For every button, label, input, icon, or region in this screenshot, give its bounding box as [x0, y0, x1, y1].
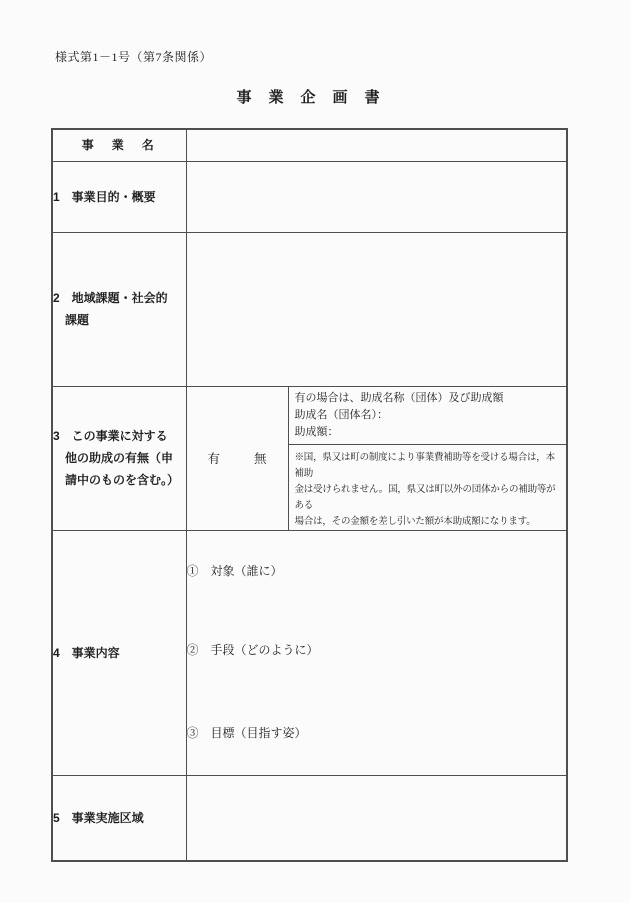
details-value-cell[interactable]: ① 対象（誰に） ② 手段（どのように） ③ 目標（目指す姿） [186, 530, 567, 775]
row-project-name: 事 業 名 [52, 129, 567, 161]
grant-option-no[interactable]: 無 [254, 452, 267, 466]
business-plan-table: 事 業 名 1 事業目的・概要 2 地域課題・社会的 課題 3 この事業に対する… [51, 128, 568, 862]
grant-name-field[interactable]: 助成名（団体名）： [295, 407, 561, 424]
row-other-grants: 3 この事業に対する 他の助成の有無（申 請中のものを含む。） 有無 有の場合は… [52, 386, 567, 530]
implementation-area-value-cell[interactable] [186, 775, 567, 861]
grant-amount-field[interactable]: 助成額： [295, 424, 561, 441]
purpose-value-cell[interactable] [186, 161, 567, 232]
row-details: 4 事業内容 ① 対象（誰に） ② 手段（どのように） ③ 目標（目指す姿） [52, 530, 567, 775]
grant-note-line: ※国，県又は町の制度により事業費補助等を受ける場合は，本補助 [295, 450, 561, 482]
grant-detail-fill-area: 有の場合は、助成名称（団体）及び助成額 助成名（団体名）： 助成額： [289, 387, 567, 445]
grant-option-yes[interactable]: 有 [207, 452, 220, 466]
grant-note-line: 場合は，その金額を差し引いた額が本助成額になります。 [295, 514, 561, 530]
grant-detail-cell: 有の場合は、助成名称（団体）及び助成額 助成名（団体名）： 助成額： ※国，県又… [288, 386, 567, 530]
row-label-implementation-area: 5 事業実施区域 [52, 775, 186, 861]
grant-detail-heading: 有の場合は、助成名称（団体）及び助成額 [295, 390, 561, 407]
detail-prompt-target: ① 対象（誰に） [187, 563, 567, 580]
page-title: 事 業 企 画 書 [51, 86, 566, 107]
project-name-value-cell[interactable] [186, 129, 567, 161]
form-number: 様式第1－1号（第7条関係） [55, 48, 212, 65]
grant-yes-no-cell: 有無 [186, 386, 288, 530]
row-implementation-area: 5 事業実施区域 [52, 775, 567, 861]
row-label-details: 4 事業内容 [52, 530, 186, 775]
grant-note-line: 金は受けられません。国，県又は町以外の団体からの補助等がある [295, 482, 561, 514]
row-label-project-name: 事 業 名 [52, 129, 186, 161]
detail-prompt-goal: ③ 目標（目指す姿） [187, 725, 567, 742]
row-label-other-grants: 3 この事業に対する 他の助成の有無（申 請中のものを含む。） [52, 386, 186, 530]
row-label-purpose: 1 事業目的・概要 [52, 161, 186, 232]
detail-prompt-method: ② 手段（どのように） [187, 642, 567, 659]
issues-value-cell[interactable] [186, 232, 567, 386]
row-purpose: 1 事業目的・概要 [52, 161, 567, 232]
row-issues: 2 地域課題・社会的 課題 [52, 232, 567, 386]
row-label-issues: 2 地域課題・社会的 課題 [52, 232, 186, 386]
business-plan-form-page: 様式第1－1号（第7条関係） 事 業 企 画 書 事 業 名 1 事業目的・概要… [0, 0, 630, 903]
grant-note: ※国，県又は町の制度により事業費補助等を受ける場合は，本補助 金は受けられません… [289, 445, 567, 530]
